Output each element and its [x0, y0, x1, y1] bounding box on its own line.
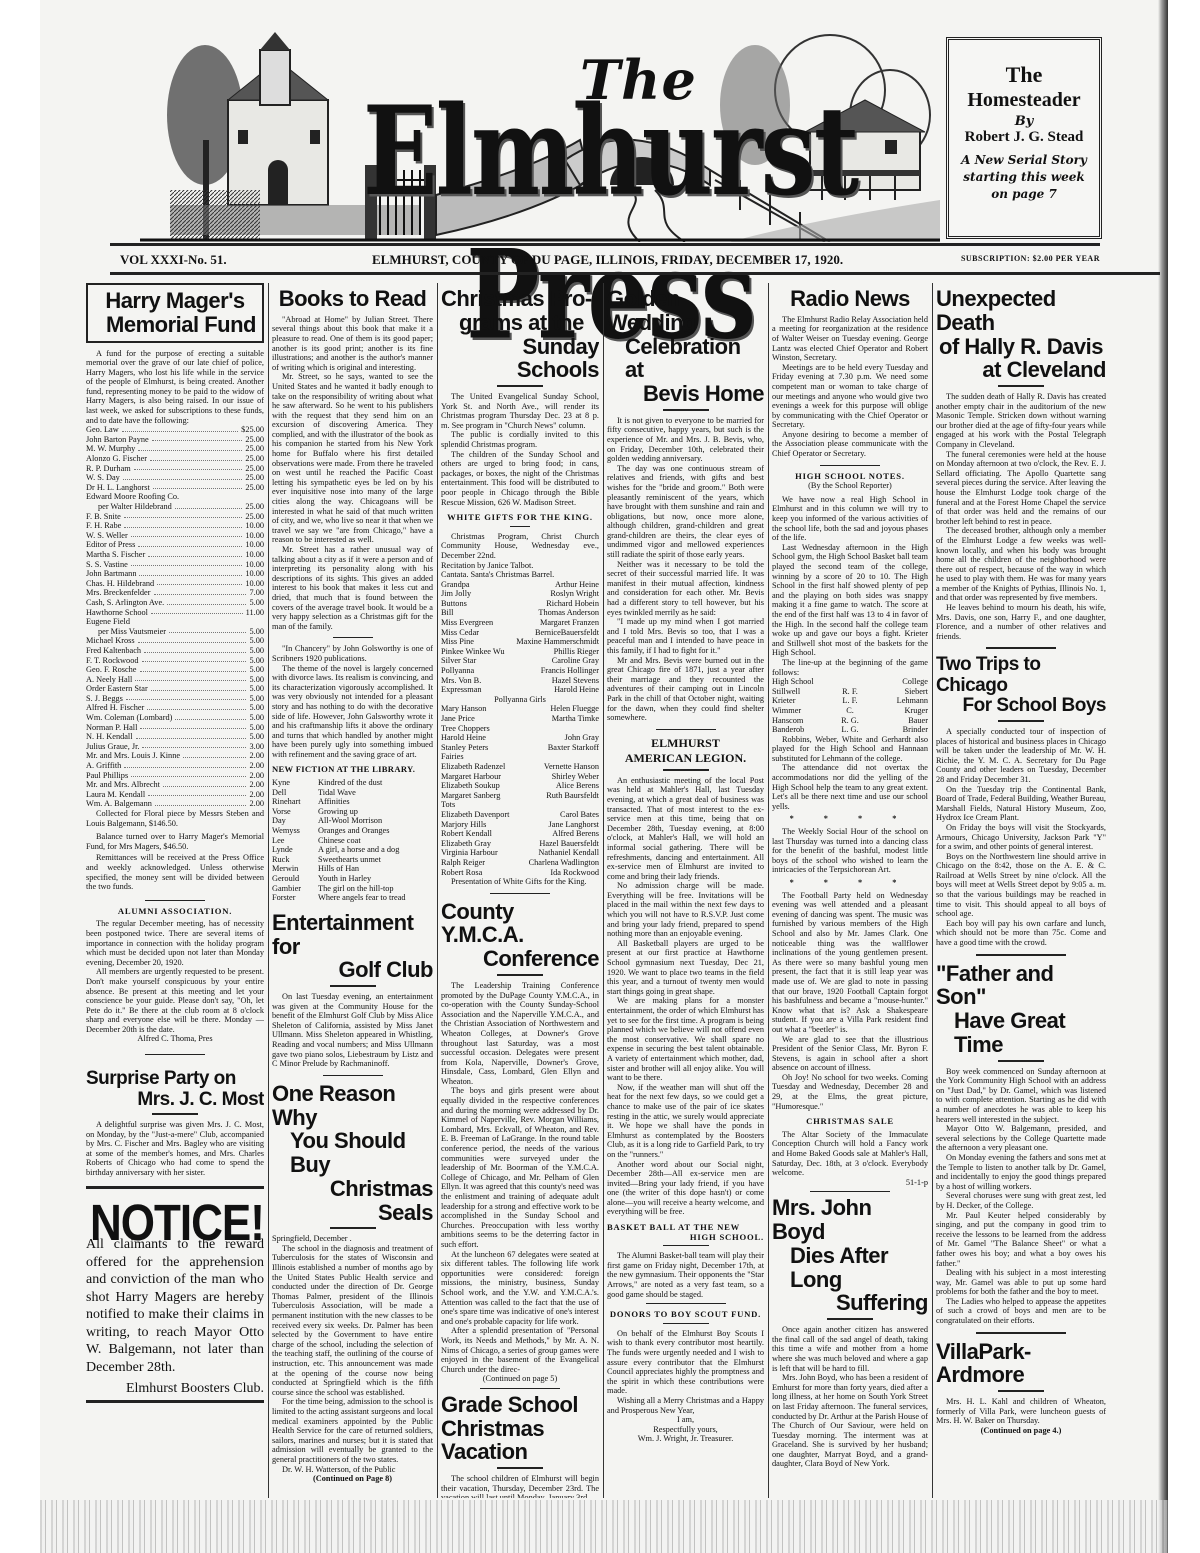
- leader-dots: [139, 569, 242, 576]
- lineup-table: StillwellR. F.SiebertKrieterL. F.Lehmann…: [772, 687, 928, 735]
- book-author: Merwin: [272, 864, 318, 874]
- group-label: Tots: [441, 800, 599, 810]
- donor-row: N. H. Kendall5.00: [86, 732, 264, 742]
- lineup-row: HanscomR. G.Bauer: [772, 716, 928, 726]
- position: L. F.: [830, 696, 870, 706]
- donor-amount: 5.00: [249, 713, 264, 723]
- cast-name: BerniceBauersfeldt: [535, 628, 599, 638]
- notice-text: All claimants to the reward offered for …: [86, 1236, 264, 1376]
- article-text: Presentation of White Gifts for the King…: [441, 877, 599, 887]
- donor-name: N. H. Kendall: [86, 732, 133, 742]
- book-author: Rinehart: [272, 797, 318, 807]
- name-pair-row: Ralph ReigerCharlena Wadlington: [441, 858, 599, 868]
- article-text: After a splendid presentation of "Person…: [441, 1326, 599, 1374]
- cast-role: Miss Evergreen: [441, 618, 493, 628]
- book-title: Tidal Wave: [318, 788, 356, 797]
- book-row: MerwinHills of Han: [272, 864, 433, 874]
- donor-row: Order Eastern Star5.00: [86, 684, 264, 694]
- article-text: He leaves behind to mourn his death, his…: [936, 603, 1106, 641]
- headline: Unexpected Death of Hally R. Davis at Cl…: [936, 287, 1106, 382]
- donor-row: Dr H. L. Langhorst25.00: [86, 483, 264, 493]
- book-row: RinehartAffinities: [272, 797, 433, 807]
- donor-row: Hawthorne School11.00: [86, 608, 264, 618]
- cast-row: Jim JollyRoslyn Wright: [441, 589, 599, 599]
- divider: [976, 954, 1066, 956]
- book-title: Affinities: [318, 797, 350, 806]
- donor-row: John Bartmann10.00: [86, 569, 264, 579]
- book-author: Wemyss: [272, 826, 318, 836]
- book-title: Youth in Harley: [318, 874, 371, 883]
- donor-name: A. Neely Hall: [86, 675, 132, 685]
- name: Elizabeth Soukup: [441, 781, 500, 791]
- lineup-row: WimmerC.Kruger: [772, 706, 928, 716]
- article-text: Mayor Otto W. Balgemann, presided, and s…: [936, 1124, 1106, 1153]
- book-title: A girl, a horse and a dog: [318, 845, 399, 854]
- donor-amount: 25.00: [245, 444, 264, 454]
- leader-dots: [122, 425, 238, 432]
- article-text: "I made up my mind when I got married an…: [607, 617, 764, 655]
- divider: [497, 1467, 543, 1469]
- signature: Wm. J. Wright, Jr. Treasurer.: [607, 1434, 764, 1444]
- cast-name: Phillis Rieger: [554, 647, 599, 657]
- book-row: LyndeA girl, a horse and a dog: [272, 845, 433, 855]
- divider: [827, 1318, 873, 1320]
- donor-row: Geo. F. Rosche5.00: [86, 665, 264, 675]
- article-text: No admission charge will be made. Everyt…: [607, 881, 764, 939]
- continued-note: (Continued on page 4.): [936, 1426, 1106, 1436]
- donor-amount: 25.00: [245, 502, 264, 512]
- donor-amount: 3.00: [249, 742, 264, 752]
- book-author: Dell: [272, 788, 318, 798]
- column-5: Radio News The Elmhurst Radio Relay Asso…: [772, 283, 928, 1498]
- leader-dots: [138, 444, 242, 451]
- leader-dots: [124, 512, 242, 519]
- name: Jane Langhorst: [549, 820, 599, 830]
- book-title: All-Wool Morrison: [318, 816, 382, 825]
- divider: [663, 769, 709, 771]
- cast-name: Margaret Franzen: [540, 618, 599, 628]
- leader-dots: [153, 483, 243, 490]
- book-row: DellTidal Wave: [272, 788, 433, 798]
- article-text: Neither was it necessary to be told the …: [607, 560, 764, 618]
- dateline: VOL XXXI-No. 51. ELMHURST, COUNTY OF DU …: [110, 248, 1100, 270]
- book-title: Kindred of the dust: [318, 778, 382, 787]
- divider: [330, 985, 376, 987]
- donor-amount: 25.00: [245, 464, 264, 474]
- headline: Golden Wedding Celebration at Bevis Home: [607, 287, 764, 406]
- notice-headline: NOTICE!: [90, 1218, 264, 1229]
- position: R. F.: [830, 687, 870, 697]
- donor-name: Michael Kross: [86, 636, 135, 646]
- subscription-price: SUBSCRIPTION: $2.00 PER YEAR: [961, 254, 1100, 263]
- cast-row: Mrs. Von B.Hazel Stevens: [441, 676, 599, 686]
- article-text: Each boy will pay his own carfare and lu…: [936, 919, 1106, 948]
- article-text: Mr. Street has a rather unusual way of t…: [272, 545, 433, 631]
- book-author: Day: [272, 816, 318, 826]
- article-text: Last Wednesday afternoon in the High Sch…: [772, 543, 928, 658]
- article-text: The Elmhurst Radio Relay Association hel…: [772, 315, 928, 363]
- donor-amount: 5.00: [249, 627, 264, 637]
- college-player: Lehmann: [870, 696, 928, 706]
- group-label: Fairies: [441, 752, 599, 762]
- closing: Respectfully yours,: [607, 1425, 764, 1435]
- donor-row: R. P. Durham25.00: [86, 464, 264, 474]
- hs-player: Krieter: [772, 696, 830, 706]
- name-pair-row: Harold HeineJohn Gray: [441, 733, 599, 743]
- leader-dots: [131, 560, 243, 567]
- donor-name: John Bartmann: [86, 569, 136, 579]
- column-4: Golden Wedding Celebration at Bevis Home…: [607, 283, 764, 1498]
- article-text: The Altar Society of the Immaculate Conc…: [772, 1130, 928, 1178]
- donor-row: A. Griffith2.00: [86, 761, 264, 771]
- continued-note: (Continued on page 5): [441, 1374, 599, 1384]
- article-text: Now, if the weather man will shut off th…: [607, 1083, 764, 1160]
- name: Charlena Wadlington: [529, 858, 599, 868]
- cast-role: Jim Jolly: [441, 589, 471, 599]
- position: C.: [830, 706, 870, 716]
- donor-name: M. W. Murphy: [86, 444, 135, 454]
- leader-dots: [155, 799, 247, 806]
- donor-row: F. H. Rabe10.00: [86, 521, 264, 531]
- column-rule: [268, 283, 269, 1498]
- lineup-row: KrieterL. F.Lehmann: [772, 696, 928, 706]
- cast-role: Miss Pine: [441, 637, 474, 647]
- leader-dots: [126, 694, 247, 701]
- name-pair-row: Elizabeth SoukupAlice Berens: [441, 781, 599, 791]
- book-row: DayAll-Wool Morrison: [272, 816, 433, 826]
- volume-number: VOL XXXI-No. 51.: [120, 252, 227, 268]
- group-label: Tree Choppers: [441, 724, 599, 734]
- donor-row: Mrs. Breckenfelder7.00: [86, 588, 264, 598]
- headline: One Reason Why You Should Buy Christmas …: [272, 1082, 433, 1225]
- article-text: The Ladies who helped to appease the app…: [936, 1297, 1106, 1326]
- donor-amount: 5.00: [249, 598, 264, 608]
- donor-name: Hawthorne School: [86, 608, 148, 618]
- cast-name: Francis Hollinger: [541, 666, 599, 676]
- article-text: The regular December meeting, has of nec…: [86, 919, 264, 967]
- donor-name: Laura M. Kendall: [86, 790, 145, 800]
- article-text: Oh Joy! No school for two weeks. Coming …: [772, 1073, 928, 1111]
- donor-list: Geo. Law$25.00John Barton Payne25.00M. W…: [86, 425, 264, 809]
- book-author: Gambier: [272, 884, 318, 894]
- book-row: GambierThe girl on the hill-top: [272, 884, 433, 894]
- cast-row: PollyannaFrancis Hollinger: [441, 666, 599, 676]
- donor-row: Mr. and Mrs. Albrecht2.00: [86, 780, 264, 790]
- college-player: Siebert: [870, 687, 928, 697]
- donor-name: Cash, S. Arlington Ave.: [86, 598, 164, 608]
- divider: [497, 974, 543, 976]
- book-row: LeeChinese coat: [272, 836, 433, 846]
- divider: [86, 1400, 264, 1403]
- cast-name: Hazel Stevens: [552, 676, 599, 686]
- leader-dots: [138, 540, 242, 547]
- donor-name: Norman P. Hall: [86, 723, 137, 733]
- donor-name: Alonzo G. Fischer: [86, 454, 147, 464]
- name: Alice Berens: [556, 781, 599, 791]
- cast-name: Roslyn Wright: [550, 589, 599, 599]
- article-text: The public is cordially invited to this …: [441, 430, 599, 449]
- article-text: "In Chancery" by John Golsworthy is one …: [272, 644, 433, 663]
- pollyanna-girls-list: Mary HansonHelen FlueggeJane PriceMartha…: [441, 704, 599, 723]
- hs-player: Hanscom: [772, 716, 830, 726]
- book-title: Hills of Han: [318, 864, 359, 873]
- divider: [480, 1388, 560, 1389]
- name-pair-row: Marjory HillsJane Langhorst: [441, 820, 599, 830]
- article-text: Anyone desiring to become a member of th…: [772, 430, 928, 459]
- leader-dots: [169, 627, 246, 634]
- headline: Mrs. John Boyd Dies After Long Suffering: [772, 1196, 928, 1315]
- article-text: The school children of Elmhurst will beg…: [441, 1474, 599, 1498]
- headline: Grade School Christmas Vacation: [441, 1393, 599, 1464]
- article-text: At the luncheon 67 delegates were seated…: [441, 1250, 599, 1327]
- donor-name: Editor of Press: [86, 540, 135, 550]
- subheading: HIGH SCHOOL.: [607, 1233, 764, 1243]
- book-author: Vorse: [272, 807, 318, 817]
- subheading: NEW FICTION AT THE LIBRARY.: [272, 765, 433, 775]
- divider: [998, 1060, 1044, 1062]
- promo-title: Homesteader: [949, 88, 1099, 112]
- donor-amount: 5.00: [249, 665, 264, 675]
- name-pair-row: Stanley PetersBaxter Starkoff: [441, 743, 599, 753]
- book-row: ForsterWhere angels fear to tread: [272, 893, 433, 903]
- donor-name: per Walter Hildebrand: [86, 502, 172, 512]
- donor-name: Eugene Field: [86, 617, 130, 627]
- donor-row: Eugene Field: [86, 617, 264, 627]
- book-title: Growing up: [318, 807, 358, 816]
- divider: [333, 637, 373, 638]
- name-pair-row: Mary HansonHelen Fluegge: [441, 704, 599, 714]
- article-text: It is not given to everyone to be marrie…: [607, 416, 764, 464]
- leader-dots: [131, 531, 243, 538]
- name: Margaret Sanberg: [441, 791, 500, 801]
- name: Helen Fluegge: [550, 704, 599, 714]
- headline: County Y.M.C.A. Conference: [441, 900, 599, 971]
- article-text: The school in the diagnosis and treatmen…: [272, 1244, 433, 1398]
- cast-name: Richard Hobein: [546, 599, 599, 609]
- tree-choppers-list: Harold HeineJohn GrayStanley PetersBaxte…: [441, 733, 599, 752]
- donor-amount: 25.00: [245, 483, 264, 493]
- name: Stanley Peters: [441, 743, 488, 753]
- name: Virginia Harbour: [441, 848, 498, 858]
- name: Hazel Bauersfeldt: [539, 839, 599, 849]
- article-text: The sudden death of Hally R. Davis has c…: [936, 392, 1106, 450]
- leader-dots: [138, 636, 247, 643]
- donor-name: F. T. Rockwood: [86, 656, 139, 666]
- leader-dots: [154, 588, 247, 595]
- book-author: Gerould: [272, 874, 318, 884]
- donor-amount: 25.00: [245, 435, 264, 445]
- memorial-fund-headline-box: Harry Mager's Memorial Fund: [86, 283, 264, 343]
- divider: [330, 1227, 376, 1229]
- subheading: WHITE GIFTS FOR THE KING.: [441, 513, 599, 523]
- column-rule: [437, 283, 438, 1498]
- donor-row: Michael Kross5.00: [86, 636, 264, 646]
- fiction-list: KyneKindred of the dustDellTidal WaveRin…: [272, 778, 433, 903]
- article-text: Another word about our Social night, Dec…: [607, 1160, 764, 1218]
- donor-name: W. S. Day: [86, 473, 120, 483]
- cast-name: Arthur Heine: [555, 580, 599, 590]
- donor-name: Wm. A. Balgemann: [86, 799, 152, 809]
- divider: [86, 1186, 264, 1189]
- dateline-text: Springfield, December .: [272, 1234, 433, 1244]
- donor-row: per Miss Vautsmeier5.00: [86, 627, 264, 637]
- donor-row: Editor of Press10.00: [86, 540, 264, 550]
- leader-dots: [148, 550, 242, 557]
- article-text: Wishing all a Merry Christmas and a Happ…: [607, 1396, 764, 1415]
- divider: [976, 1332, 1066, 1334]
- donor-name: Chas. H. Hildebrand: [86, 579, 154, 589]
- book-row: WemyssOranges and Oranges: [272, 826, 433, 836]
- donor-amount: 5.00: [249, 703, 264, 713]
- name-pair-row: Robert KendallAlfred Berens: [441, 829, 599, 839]
- article-text: Mr. Paul Keuter helped considerably by s…: [936, 1211, 1106, 1269]
- article-text: Boy week commenced on Sunday afternoon a…: [936, 1067, 1106, 1125]
- donor-row: F. B. Snite25.00: [86, 512, 264, 522]
- article-text: On the Tuesday trip the Continental Bank…: [936, 785, 1106, 823]
- article-text: Collected for Floral piece by Messrs Ste…: [86, 809, 264, 828]
- article-text: Balance turned over to Harry Mager's Mem…: [86, 832, 264, 851]
- serial-story-promo-box: The Homesteader By Robert J. G. Stead A …: [946, 37, 1102, 239]
- college-player: Brinder: [870, 725, 928, 735]
- article-text: The day was one continuous stream of rel…: [607, 464, 764, 560]
- donor-name: per Miss Vautsmeier: [86, 627, 166, 637]
- book-title: Chinese coat: [318, 836, 361, 845]
- donor-name: John Barton Payne: [86, 435, 149, 445]
- divider: [663, 1323, 709, 1324]
- donor-name: Order Eastern Star: [86, 684, 148, 694]
- article-text: The United Evangelical Sunday School, Yo…: [441, 392, 599, 430]
- leader-dots: [142, 656, 247, 663]
- donor-row: S. S. Vastine10.00: [86, 560, 264, 570]
- name: Baxter Starkoff: [548, 743, 599, 753]
- name-pair-row: Elizabeth DavenportCarol Bates: [441, 810, 599, 820]
- article-text: For the time being, admission to the sch…: [272, 1397, 433, 1464]
- place-and-date: ELMHURST, COUNTY OF DU PAGE, ILLINOIS, F…: [372, 252, 843, 268]
- scan-noise: [40, 1500, 1168, 1553]
- cast-row: ButtonsRichard Hobein: [441, 599, 599, 609]
- leader-dots: [151, 608, 243, 615]
- headline: VillaPark-Ardmore: [936, 1340, 1106, 1388]
- column-rule: [768, 283, 769, 1498]
- donor-name: F. B. Snite: [86, 512, 121, 522]
- leader-dots: [123, 473, 243, 480]
- donor-row: Alonzo G. Fischer25.00: [86, 454, 264, 464]
- article-text: Dr. W. H. Watterson, of the Public: [272, 1465, 433, 1475]
- donor-name: Mr. and Mrs. Albrecht: [86, 780, 160, 790]
- cast-name: Caroline Gray: [552, 656, 599, 666]
- program-line: Cantata. Santa's Christmas Barrel.: [441, 570, 599, 580]
- promo-the: The: [949, 62, 1099, 88]
- donor-row: Mr. and Mrs. Louis J. Kinne2.00: [86, 751, 264, 761]
- donor-amount: 5.00: [249, 732, 264, 742]
- donor-amount: 2.00: [249, 790, 264, 800]
- promo-tagline-3: on page 7: [949, 186, 1099, 203]
- promo-by: By: [949, 114, 1099, 129]
- ad-code: 51-1-p: [772, 1178, 928, 1188]
- leader-dots: [135, 675, 246, 682]
- cast-row: Miss EvergreenMargaret Franzen: [441, 618, 599, 628]
- leader-dots: [136, 732, 247, 739]
- name: Vernette Hanson: [544, 762, 599, 772]
- subheading: HIGH SCHOOL NOTES.: [772, 472, 928, 482]
- column-1: Harry Mager's Memorial Fund A fund for t…: [86, 283, 264, 1498]
- book-author: Forster: [272, 893, 318, 903]
- donor-row: Fred Kaltenbach5.00: [86, 646, 264, 656]
- article-text: Mr. Street, so he says, wanted to see th…: [272, 372, 433, 545]
- article-text: The Football Party held on Wednesday eve…: [772, 891, 928, 1035]
- name: Ruth Baursfeldt: [546, 791, 599, 801]
- article-text: The Leadership Training Conference promo…: [441, 981, 599, 1087]
- book-author: Lynde: [272, 845, 318, 855]
- headline: Radio News: [772, 287, 928, 311]
- article-text: Mrs. H. L. Kahl and children of Wheaton,…: [936, 1397, 1106, 1426]
- name: Mary Hanson: [441, 704, 486, 714]
- column-rule: [603, 283, 604, 1498]
- article-text: Once again another citizen has answered …: [772, 1325, 928, 1373]
- name-pair-row: Robert RosaIda Rockwood: [441, 868, 599, 878]
- name: Harold Heine: [441, 733, 486, 743]
- article-text: On last Tuesday evening, an entertainmen…: [272, 992, 433, 1069]
- donor-row: Edward Moore Roofing Co.: [86, 492, 264, 502]
- dateline-rule: [110, 272, 1160, 275]
- article-text: The children of the Sunday School and ot…: [441, 450, 599, 508]
- article-text: The line-up at the beginning of the game…: [772, 658, 928, 677]
- subheadline: ELMHURST AMERICAN LEGION.: [607, 736, 764, 766]
- divider: [663, 409, 709, 411]
- article-text: We are glad to see that the illustrious …: [772, 1035, 928, 1073]
- leader-dots: [175, 713, 246, 720]
- cast-role: Bill: [441, 608, 453, 618]
- headline: Two Trips to Chicago For School Boys: [936, 655, 1106, 717]
- book-title: Where angels fear to tread: [318, 893, 406, 902]
- article-text: A specially conducted tour of inspection…: [936, 727, 1106, 785]
- name: Elizabeth Gray: [441, 839, 491, 849]
- divider: [145, 900, 205, 901]
- article-text: A delightful surprise was given Mrs. J. …: [86, 1120, 264, 1178]
- donor-name: R. P. Durham: [86, 464, 131, 474]
- book-row: RuckSweethearts unmet: [272, 855, 433, 865]
- byline: (By the School Reporter): [772, 481, 928, 491]
- divider: [145, 1054, 205, 1055]
- name-pair-row: Jane PriceMartha Timke: [441, 714, 599, 724]
- section-break: * * * *: [772, 814, 928, 824]
- college-player: Bauer: [870, 716, 928, 726]
- donor-name: Paul Phillips: [86, 771, 128, 781]
- donor-row: Julius Graue, Jr.3.00: [86, 742, 264, 752]
- article-text: Mr and Mrs. Bevis were burned out in the…: [607, 656, 764, 723]
- promo-tagline-1: A New Serial Story: [949, 152, 1099, 169]
- article-text: Boys on the Northwestern line should arr…: [936, 852, 1106, 919]
- cast-role: Buttons: [441, 599, 467, 609]
- donor-amount: 5.00: [249, 675, 264, 685]
- divider: [998, 385, 1044, 387]
- cast-role: Expressman: [441, 685, 482, 695]
- cast-name: Thomas Anderson: [538, 608, 599, 618]
- article-text: On Friday the boys will visit the Stocky…: [936, 823, 1106, 852]
- lineup-row: StillwellR. F.Siebert: [772, 687, 928, 697]
- article-text: Robbins, Weber, White and Gerhardt also …: [772, 735, 928, 764]
- donor-amount: $25.00: [241, 425, 264, 435]
- donor-name: Wm. Coleman (Lombard): [86, 713, 172, 723]
- article-text: All Basketball players are urged to be p…: [607, 939, 764, 997]
- headline: "Father and Son" Have Great Time: [936, 962, 1106, 1057]
- leader-dots: [157, 579, 242, 586]
- donor-amount: 10.00: [245, 531, 264, 541]
- donor-name: Martha S. Fischer: [86, 550, 145, 560]
- donor-name: W. S. Weller: [86, 531, 128, 541]
- name-pair-row: Margaret HarbourShirley Weber: [441, 772, 599, 782]
- book-author: Kyne: [272, 778, 318, 788]
